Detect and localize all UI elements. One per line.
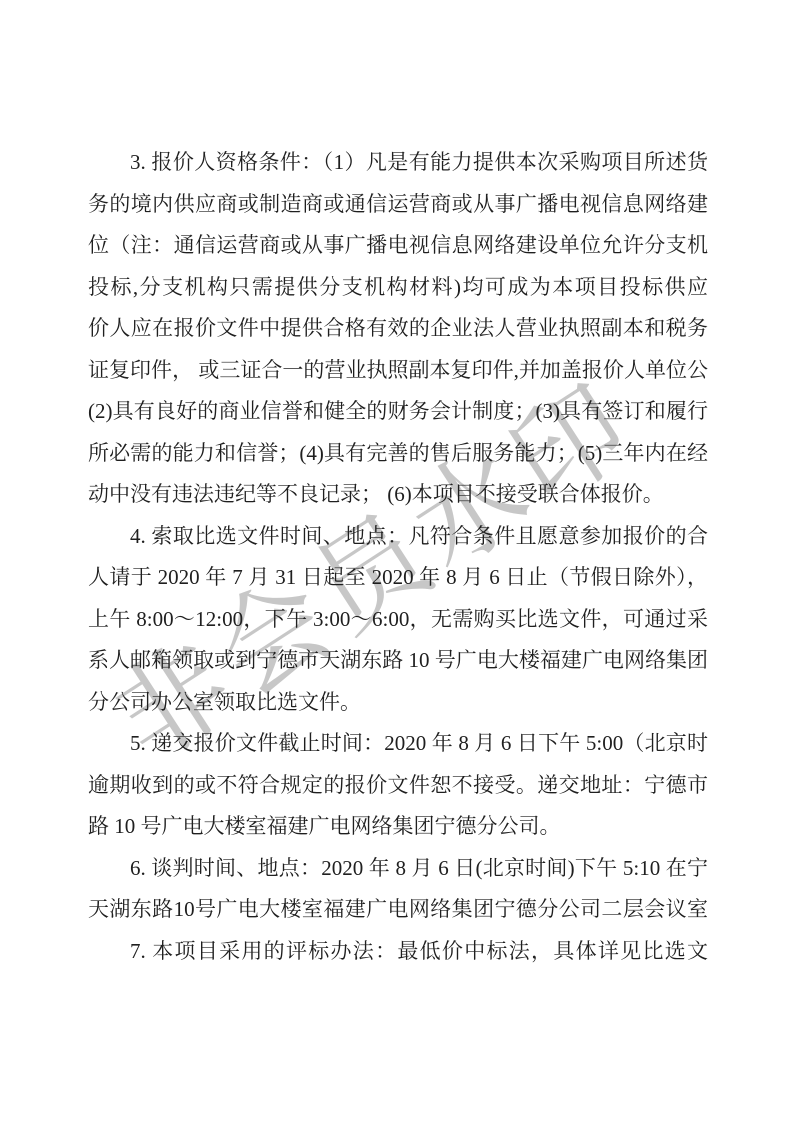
- text-line: 动中没有违法违纪等不良记录； (6)本项目不接受联合体报价。: [88, 474, 708, 516]
- text-line: 逾期收到的或不符合规定的报价文件恕不接受。递交地址：宁德市天湖东: [88, 765, 708, 807]
- text-line: 投标,分支机构只需提供分支机构材料)均可成为本项目投标供应商。(报: [88, 267, 708, 309]
- text-line: 务的境内供应商或制造商或通信运营商或从事广播电视信息网络建设单: [88, 184, 708, 226]
- text-line: 系人邮箱领取或到宁德市天湖东路 10 号广电大楼福建广电网络集团宁德: [88, 640, 708, 682]
- text-line: 3. 报价人资格条件：（1）凡是有能力提供本次采购项目所述货物或服: [88, 142, 708, 184]
- paragraph: 5. 递交报价文件截止时间：2020 年 8 月 6 日下午 5:00（北京时间…: [88, 723, 708, 848]
- text-line: 7. 本项目采用的评标办法：最低价中标法，具体详见比选文件。: [88, 931, 708, 973]
- text-line: 4. 索取比选文件时间、地点：凡符合条件且愿意参加报价的合格报价: [88, 516, 708, 558]
- text-line: 证复印件， 或三证合一的营业执照副本复印件,并加盖报价人单位公章)；: [88, 350, 708, 392]
- text-line: (2)具有良好的商业信誉和健全的财务会计制度；(3)具有签订和履行合同: [88, 391, 708, 433]
- text-line: 价人应在报价文件中提供合格有效的企业法人营业执照副本和税务登记: [88, 308, 708, 350]
- document-body: 3. 报价人资格条件：（1）凡是有能力提供本次采购项目所述货物或服务的境内供应商…: [88, 142, 708, 972]
- paragraph: 3. 报价人资格条件：（1）凡是有能力提供本次采购项目所述货物或服务的境内供应商…: [88, 142, 708, 516]
- paragraph: 7. 本项目采用的评标办法：最低价中标法，具体详见比选文件。: [88, 931, 708, 973]
- text-line: 6. 谈判时间、地点：2020 年 8 月 6 日(北京时间)下午 5:10 在…: [88, 848, 708, 890]
- text-line: 路 10 号广电大楼室福建广电网络集团宁德分公司。: [88, 806, 708, 848]
- paragraph: 6. 谈判时间、地点：2020 年 8 月 6 日(北京时间)下午 5:10 在…: [88, 848, 708, 931]
- document-page: 非会员水印 3. 报价人资格条件：（1）凡是有能力提供本次采购项目所述货物或服务…: [0, 0, 793, 1121]
- text-line: 5. 递交报价文件截止时间：2020 年 8 月 6 日下午 5:00（北京时间…: [88, 723, 708, 765]
- text-line: 天湖东路10号广电大楼室福建广电网络集团宁德分公司二层会议室进行。: [88, 889, 708, 931]
- text-line: 人请于 2020 年 7 月 31 日起至 2020 年 8 月 6 日止（节假…: [88, 557, 708, 599]
- text-line: 分公司办公室领取比选文件。: [88, 682, 708, 724]
- text-line: 所必需的能力和信誉；(4)具有完善的售后服务能力；(5)三年内在经营活: [88, 433, 708, 475]
- paragraph: 4. 索取比选文件时间、地点：凡符合条件且愿意参加报价的合格报价人请于 2020…: [88, 516, 708, 724]
- text-line: 上午 8:00～12:00，下午 3:00～6:00，无需购买比选文件，可通过采…: [88, 599, 708, 641]
- text-line: 位（注：通信运营商或从事广播电视信息网络建设单位允许分支机构参与: [88, 225, 708, 267]
